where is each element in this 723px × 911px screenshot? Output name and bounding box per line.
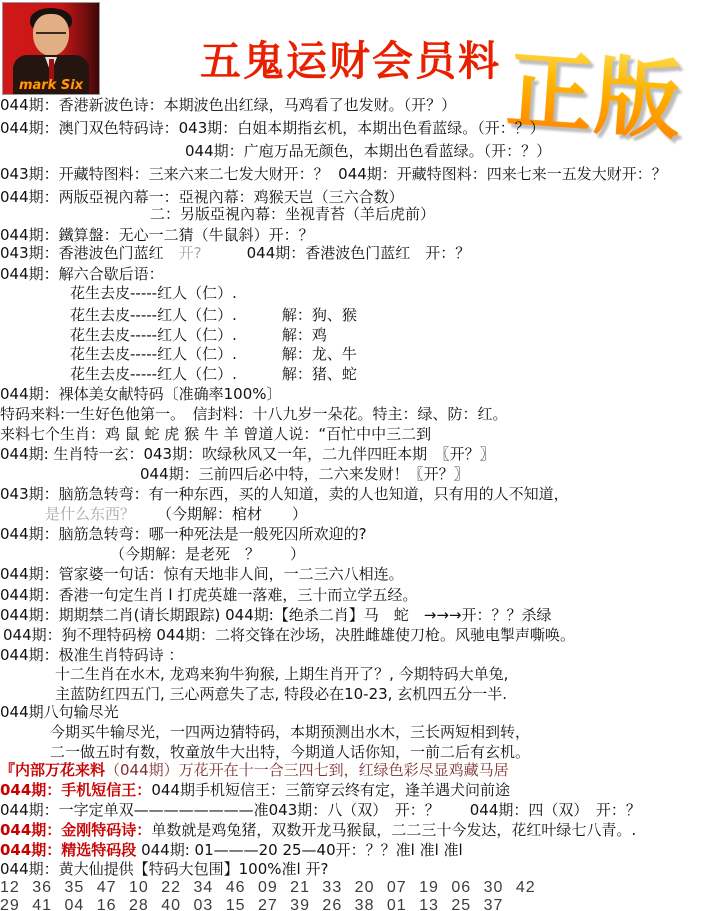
text-segment: （044期）万花开在十一合三四七到，红绿色彩尽显鸡藏马居 xyxy=(105,761,509,779)
text-segment: 解：狗、猴 xyxy=(282,306,357,324)
text-segment: 今期买牛输尽光，一四两边猜特码，本期预测出水木，三长两短相到转， xyxy=(50,723,530,741)
text-line: 是什么东西？（今期解：棺材 ） xyxy=(45,506,307,523)
text-segment: 主蓝防红四五门, 三心两意失了志, 特段必在10-23, 玄机四五分一半. xyxy=(55,685,507,703)
text-line: 044期：裸体美女献特码〔准确率100%〕 xyxy=(0,386,282,403)
text-segment: 是什么东西？ xyxy=(45,505,135,523)
text-segment: 解：鸡 xyxy=(282,326,327,344)
text-line: 044期：金刚特码诗：单数就是鸡兔猪，双数开龙马猴鼠，二二三十今发达，花红叶绿七… xyxy=(0,822,636,839)
text-segment: 十二生肖在水木, 龙鸡来狗牛狗猴, 上期生肖开了？, 今期特码大单兔, xyxy=(55,665,508,683)
photo-caption: mark Six xyxy=(3,78,99,93)
text-segment: 044期：两版亞視內幕一：亞視內幕：鸡猴天岂（三六合数） xyxy=(0,188,404,206)
text-line: 花生去皮-----红人（仁）.解：鸡 xyxy=(70,327,327,344)
text-segment: 开? xyxy=(179,244,202,262)
text-segment: 花生去皮-----红人（仁）. xyxy=(70,365,237,383)
text-segment: （今期解：是老死 ？ ） xyxy=(110,545,305,563)
text-segment: 044期：管家婆一句话：惊有天地非人间，一二三六八相连。 xyxy=(0,565,404,583)
text-segment: 044期：手机短信王： xyxy=(0,781,151,799)
text-line: 044期：黄大仙提供【特码大包围】100%准l 开? xyxy=(0,861,328,878)
text-segment: 044期：狗不理特码榜 044期：二将交锋在沙场，决胜雌雄使刀枪。风驰电掣声嘶唤… xyxy=(3,626,575,644)
text-line: （今期解：是老死 ？ ） xyxy=(110,546,305,563)
text-segment: 044期：裸体美女献特码〔准确率100%〕 xyxy=(0,385,282,403)
page-title: 五鬼运财会员料 xyxy=(200,28,501,87)
text-segment: 044期：广庖万品无颜色，本期出色看蓝绿。（开：？） xyxy=(185,142,551,160)
text-line: 来料七个生肖：鸡 鼠 蛇 虎 猴 牛 羊 曾道人说：“百忙中中三二到 xyxy=(0,426,431,443)
text-line: 044期八句输尽光 xyxy=(0,704,119,721)
text-segment: 044期：一字定单双————————准043期：八（双） 开：？ 044期：四（… xyxy=(0,801,641,819)
text-segment: 044期：金刚特码诗： xyxy=(0,821,151,839)
text-line: 044期：管家婆一句话：惊有天地非人间，一二三六八相连。 xyxy=(0,566,404,583)
text-segment: 044期：精选特码段 xyxy=(0,841,136,859)
text-line: 043期：香港波色门蓝红 开? 044期：香港波色门蓝红 开：？ xyxy=(0,245,470,262)
text-line: 044期：脑筋急转弯：哪一种死法是一般死囚所欢迎的? xyxy=(0,526,367,543)
text-line: 花生去皮-----红人（仁）.解：狗、猴 xyxy=(70,307,357,324)
text-segment: 044期：香港波色门蓝红 开：？ xyxy=(202,244,471,262)
text-line: 044期：鐵算盤：无心一二猜（牛鼠斜）开：？ xyxy=(0,227,314,244)
text-line: 044期：香港一句定生肖 l 打虎英雄一落难，三十而立学五经。 xyxy=(0,587,417,604)
text-segment: 044期：期期禁二肖(请长期跟踪) 044期:【绝杀二肖】马 蛇 →→→开：？？… xyxy=(0,606,552,624)
text-line: 044期：广庖万品无颜色，本期出色看蓝绿。（开：？） xyxy=(185,143,551,160)
text-segment: 044期手机短信王：三箭穿云终有定，逢羊遇犬问前途 xyxy=(151,781,510,799)
text-segment: 044期：香港新波色诗：本期波色出红绿，马鸡看了也发财。（开？） xyxy=(0,96,456,114)
text-segment: 043期：香港波色门蓝红 xyxy=(0,244,179,262)
text-segment: 044期：解六合歇后语： xyxy=(0,265,164,283)
text-line: 044期：精选特码段 044期: 01———20 25—40开：？？准l 准l … xyxy=(0,842,463,859)
text-line: 044期：澳门双色特码诗：043期：白姐本期指玄机，本期出色看蓝绿。（开：？） xyxy=(0,120,545,137)
text-line: 044期：解六合歇后语： xyxy=(0,266,164,283)
text-line: 044期：两版亞視內幕一：亞視內幕：鸡猴天岂（三六合数） xyxy=(0,189,404,206)
text-segment: 044期八句输尽光 xyxy=(0,703,119,721)
text-line: 『内部万花来料（044期）万花开在十一合三四七到，红绿色彩尽显鸡藏马居 xyxy=(0,762,509,779)
text-line: 12 36 35 47 10 22 34 46 09 21 33 20 07 1… xyxy=(0,879,536,896)
text-line: 044期: 生肖特一玄：043期：吹绿秋风又一年，二九伴四旺本期 〖开？〗 xyxy=(0,446,495,463)
text-segment: 043期：脑筋急转弯：有一种东西，买的人知道，卖的人也知道，只有用的人不知道， xyxy=(0,485,569,503)
text-segment: 来料七个生肖：鸡 鼠 蛇 虎 猴 牛 羊 曾道人说：“百忙中中三二到 xyxy=(0,425,431,443)
text-segment: 044期: 01———20 25—40开：？？准l 准l 准l xyxy=(136,841,462,859)
text-segment: 单数就是鸡兔猪，双数开龙马猴鼠，二二三十今发达，花红叶绿七八青。. xyxy=(151,821,636,839)
text-segment: 044期：极准生肖特码诗 ： xyxy=(0,646,183,664)
text-line: 花生去皮-----红人（仁）. xyxy=(70,285,237,302)
text-line: 今期买牛输尽光，一四两边猜特码，本期预测出水木，三长两短相到转， xyxy=(50,724,530,741)
portrait-photo: mark Six xyxy=(2,2,100,95)
portrait-glasses xyxy=(36,32,66,41)
text-line: 044期：香港新波色诗：本期波色出红绿，马鸡看了也发财。（开？） xyxy=(0,97,456,114)
text-segment: 12 36 35 47 10 22 34 46 09 21 33 20 07 1… xyxy=(0,879,536,896)
text-line: 044期：狗不理特码榜 044期：二将交锋在沙场，决胜雌雄使刀枪。风驰电掣声嘶唤… xyxy=(3,627,575,644)
text-line: 043期：脑筋急转弯：有一种东西，买的人知道，卖的人也知道，只有用的人不知道， xyxy=(0,486,569,503)
text-segment: 解：龙、牛 xyxy=(282,345,357,363)
text-segment: 二：另版亞視內幕：坐视青苔（羊后虎前） xyxy=(150,205,435,223)
text-line: 29 41 04 16 28 40 03 15 27 39 26 38 01 1… xyxy=(0,897,503,911)
text-line: 主蓝防红四五门, 三心两意失了志, 特段必在10-23, 玄机四五分一半. xyxy=(55,686,507,703)
text-segment: 044期: 生肖特一玄：043期：吹绿秋风又一年，二九伴四旺本期 〖开？〗 xyxy=(0,445,495,463)
text-segment: 『内部万花来料 xyxy=(0,761,105,779)
authentic-stamp-watermark: 正版 xyxy=(503,20,721,158)
text-segment: 044期：三前四后必中特，二六来发财！〖开？〗 xyxy=(140,465,469,483)
text-segment: （今期解：棺材 ） xyxy=(157,505,307,523)
text-line: 特码来料:一生好色他第一。 信封料：十八九岁一朵花。特主：绿、防：红。 xyxy=(0,406,508,423)
text-segment: 解：猪、蛇 xyxy=(282,365,357,383)
text-line: 十二生肖在水木, 龙鸡来狗牛狗猴, 上期生肖开了？, 今期特码大单兔, xyxy=(55,666,508,683)
text-line: 044期：极准生肖特码诗 ： xyxy=(0,647,183,664)
text-segment: 花生去皮-----红人（仁）. xyxy=(70,345,237,363)
text-segment: 044期：脑筋急转弯：哪一种死法是一般死囚所欢迎的? xyxy=(0,525,367,543)
text-segment: 花生去皮-----红人（仁）. xyxy=(70,284,237,302)
text-segment: 二一做五时有数，牧童放牛大出特，今期道人话你知，一前二后有玄机。 xyxy=(50,743,530,761)
text-line: 044期：三前四后必中特，二六来发财！〖开？〗 xyxy=(140,466,469,483)
text-segment: 29 41 04 16 28 40 03 15 27 39 26 38 01 1… xyxy=(0,897,503,911)
text-segment: 花生去皮-----红人（仁）. xyxy=(70,306,237,324)
text-line: 花生去皮-----红人（仁）.解：龙、牛 xyxy=(70,346,357,363)
page-root: mark Six 五鬼运财会员料 正版 044期：香港新波色诗：本期波色出红绿，… xyxy=(0,0,723,911)
text-line: 043期：开藏特图料：三来六来二七发大财开：？ 044期：开藏特图料：四来七来一… xyxy=(0,166,667,183)
text-line: 二：另版亞視內幕：坐视青苔（羊后虎前） xyxy=(150,206,435,223)
text-line: 花生去皮-----红人（仁）.解：猪、蛇 xyxy=(70,366,357,383)
text-line: 044期：期期禁二肖(请长期跟踪) 044期:【绝杀二肖】马 蛇 →→→开：？？… xyxy=(0,607,552,624)
text-line: 044期：一字定单双————————准043期：八（双） 开：？ 044期：四（… xyxy=(0,802,641,819)
text-segment: 特码来料:一生好色他第一。 信封料：十八九岁一朵花。特主：绿、防：红。 xyxy=(0,405,508,423)
text-line: 二一做五时有数，牧童放牛大出特，今期道人话你知，一前二后有玄机。 xyxy=(50,744,530,761)
text-segment: 043期：开藏特图料：三来六来二七发大财开：？ 044期：开藏特图料：四来七来一… xyxy=(0,165,667,183)
text-segment: 花生去皮-----红人（仁）. xyxy=(70,326,237,344)
text-segment: 044期：黄大仙提供【特码大包围】100%准l 开? xyxy=(0,860,328,878)
text-segment: 044期：香港一句定生肖 l 打虎英雄一落难，三十而立学五经。 xyxy=(0,586,417,604)
text-line: 044期：手机短信王：044期手机短信王：三箭穿云终有定，逢羊遇犬问前途 xyxy=(0,782,510,799)
text-segment: 044期：鐵算盤：无心一二猜（牛鼠斜）开：？ xyxy=(0,226,314,244)
text-segment: 044期：澳门双色特码诗：043期：白姐本期指玄机，本期出色看蓝绿。（开：？） xyxy=(0,119,545,137)
